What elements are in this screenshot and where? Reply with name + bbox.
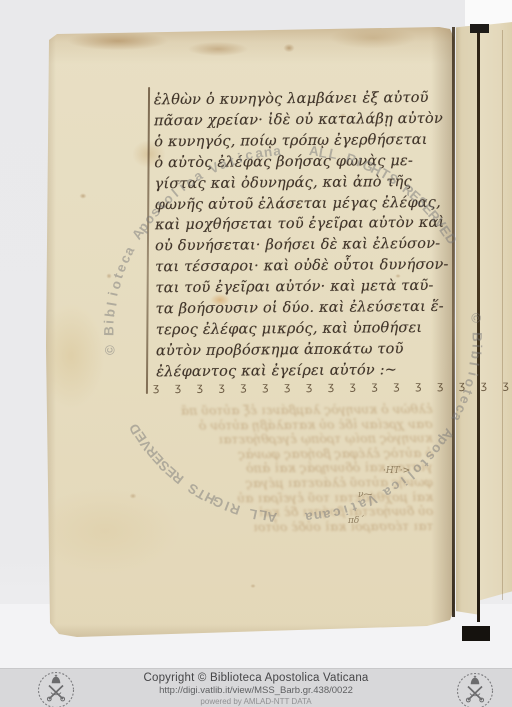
footer-powered-by: powered by AMLAD-NTT DATA: [96, 697, 416, 706]
greek-text-line: ἐλθὼν ὁ κυνηγὸς λαμβάνει ἐξ αὐτοῦ: [154, 88, 446, 111]
digitized-manuscript-scan: ἐλθὼν ὁ κυνηγὸς λαμβάνει ἐξ αὐτοῦπᾶσαν χ…: [0, 0, 512, 707]
greek-text-line: γίστας καὶ ὀδυνηράς, καὶ ἀπὸ τῆς: [154, 171, 446, 194]
bleedthrough-line: ται τέσσαροι καὶ οὐδὲ οὗτοι: [155, 519, 433, 536]
page-edge-shadow-line: [452, 27, 455, 617]
footer-bar: Copyright © Biblioteca Apostolica Vatica…: [0, 668, 512, 707]
greek-text-line: ὁ κυνηγός, ποίῳ τρόπῳ ἐγερθήσεται: [154, 130, 446, 153]
marginal-ink-mark: ν⁓: [358, 490, 372, 500]
greek-text-line: ται τέσσαροι· καὶ οὐδὲ οὗτοι δυνήσον-: [155, 255, 447, 278]
footer-url: http://digi.vatlib.it/view/MSS_Barb.gr.4…: [96, 685, 416, 696]
background-white-corner: [465, 0, 512, 26]
gutter-fold-line: [477, 24, 480, 622]
facing-page-crease: [502, 30, 503, 600]
greek-text-line: τα βοήσουσιν οἱ δύο. καὶ ἐλεύσεται ἕ-: [156, 297, 448, 320]
vatican-library-seal-icon: [36, 670, 76, 707]
greek-text-line: φωνῆς αὐτοῦ ἐλάσεται μέγας ἐλέφας,: [155, 192, 447, 215]
greek-text-line: αὐτὸν προβόσκημα ἀποκάτω τοῦ: [156, 339, 448, 362]
greek-text-line: πᾶσαν χρείαν· ἰδὲ οὐ καταλάβῃ αὐτὸν: [154, 109, 446, 132]
gutter-marker-top: [470, 24, 489, 33]
marginal-ink-mark: πδ΄: [348, 516, 364, 526]
underlying-page-edge: [456, 25, 478, 617]
greek-text-line: τερος ἐλέφας μικρός, καὶ ὑποθήσει: [156, 318, 448, 341]
gutter-marker-bottom: [462, 626, 490, 641]
footer-copyright: Copyright © Biblioteca Apostolica Vatica…: [96, 672, 416, 684]
vatican-library-seal-icon: [455, 671, 495, 707]
footer-text: Copyright © Biblioteca Apostolica Vatica…: [96, 672, 416, 706]
greek-text-line: ὁ αὐτὸς ἐλέφας βοήσας φωνὰς με-: [154, 150, 446, 173]
greek-text-line: ται τοῦ ἐγεῖραι αὐτόν· καὶ μετὰ ταῦ-: [155, 276, 447, 299]
scribal-divider-row: ʒ ʒ ʒ ʒ ʒ ʒ ʒ ʒ ʒ ʒ ʒ ʒ ʒ ʒ ʒ ʒ ʒ: [153, 379, 453, 394]
greek-text-line: οὐ δυνήσεται· βοήσει δὲ καὶ ἐλεύσον-: [155, 234, 447, 257]
marginal-ink-mark: ·ΗΤ·>: [383, 466, 410, 476]
facing-page-edge: [480, 22, 512, 612]
greek-text-line: καὶ μοχθήσεται τοῦ ἐγεῖραι αὐτὸν καὶ: [155, 213, 447, 236]
greek-text-block: ἐλθὼν ὁ κυνηγὸς λαμβάνει ἐξ αὐτοῦπᾶσαν χ…: [154, 88, 449, 383]
